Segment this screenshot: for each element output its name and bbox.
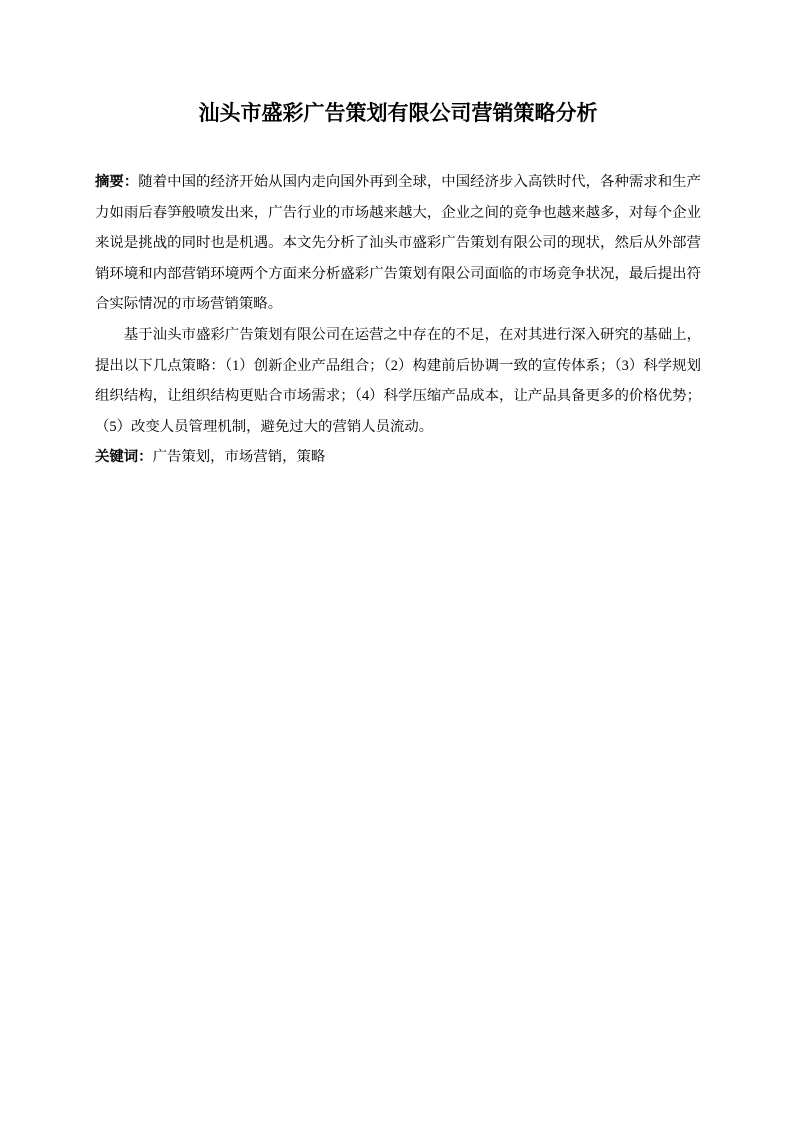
keywords-paragraph: 关键词：广告策划，市场营销，策略 bbox=[95, 442, 701, 473]
keywords-text: 广告策划，市场营销，策略 bbox=[153, 449, 326, 465]
keywords-label: 关键词： bbox=[95, 449, 153, 465]
abstract-paragraph: 摘要：随着中国的经济开始从国内走向国外再到全球，中国经济步入高铁时代，各种需求和… bbox=[95, 167, 701, 320]
abstract-text: 随着中国的经济开始从国内走向国外再到全球，中国经济步入高铁时代，各种需求和生产力… bbox=[95, 174, 701, 312]
abstract-label: 摘要： bbox=[95, 174, 138, 190]
document-title: 汕头市盛彩广告策划有限公司营销策略分析 bbox=[95, 97, 701, 130]
a4-page: 汕头市盛彩广告策划有限公司营销策略分析 摘要：随着中国的经济开始从国内走向国外再… bbox=[0, 0, 793, 1122]
strategies-paragraph: 基于汕头市盛彩广告策划有限公司在运营之中存在的不足，在对其进行深入研究的基础上，… bbox=[95, 320, 701, 442]
